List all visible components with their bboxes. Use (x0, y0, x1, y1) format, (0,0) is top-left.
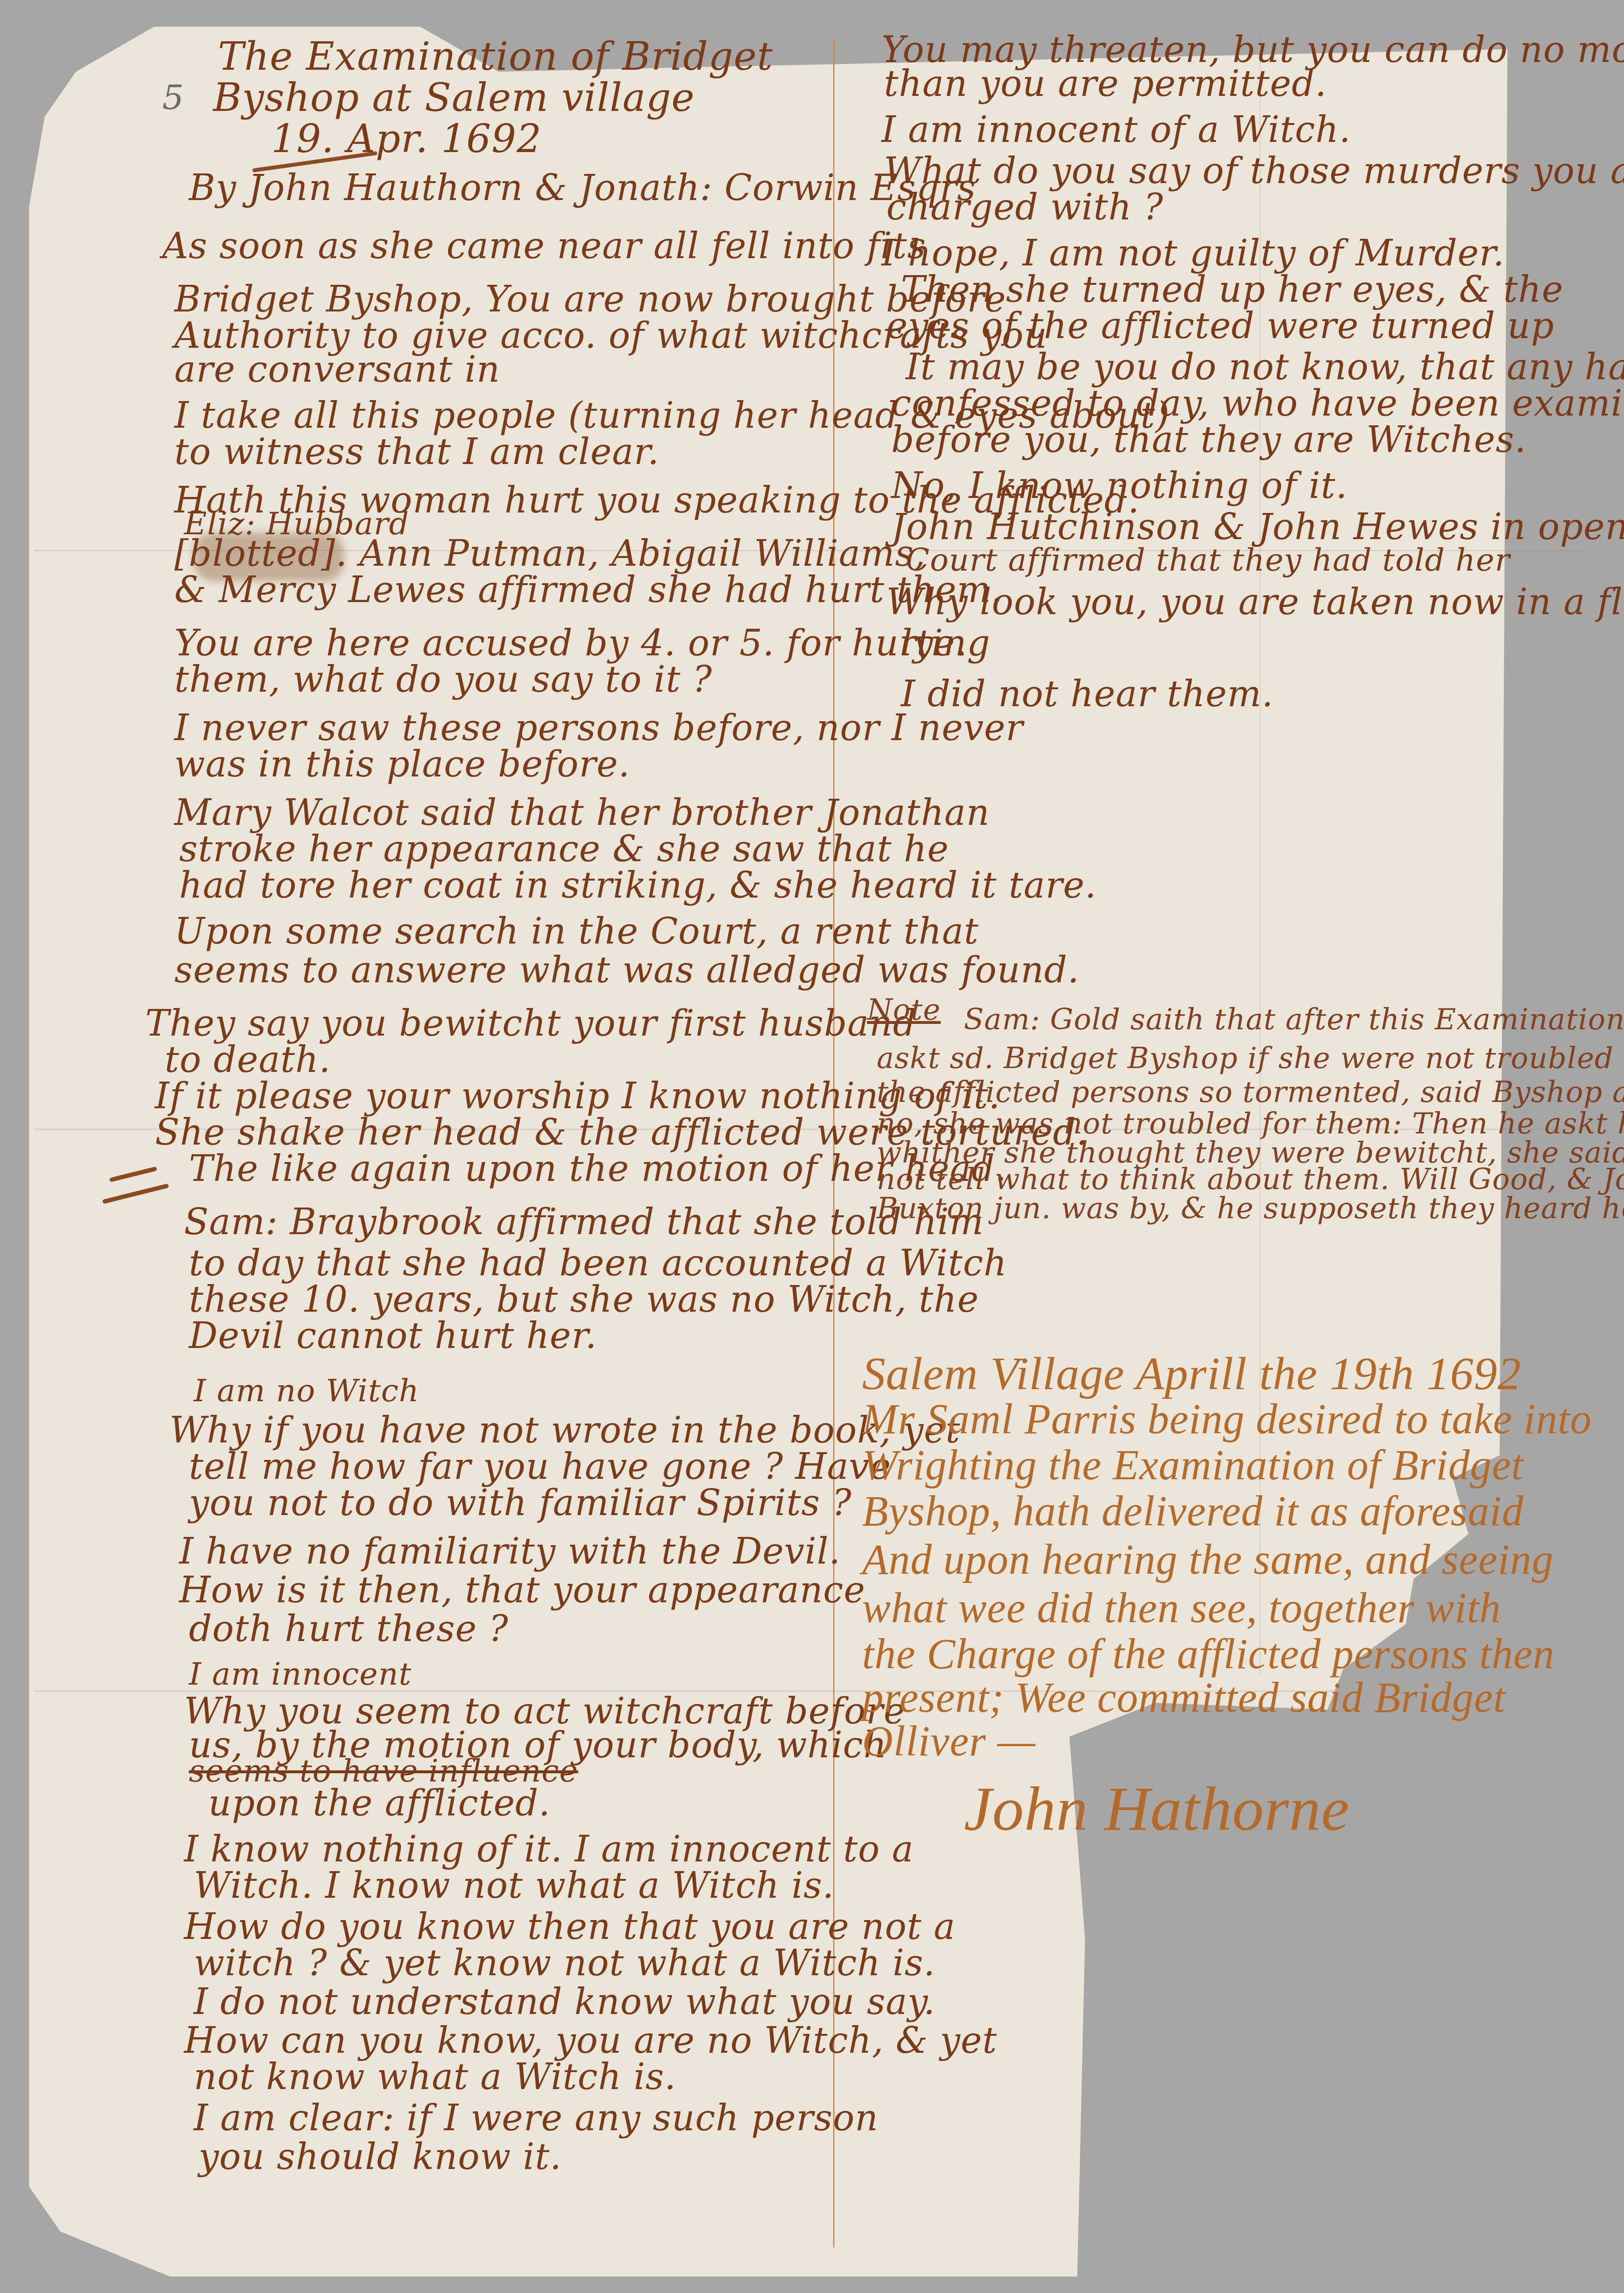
text-line: How is it then, that your appearance (179, 1569, 866, 1611)
text-line: Devil cannot hurt her. (189, 1315, 597, 1357)
note-line: Buxton jun. was by, & he supposeth they … (877, 1192, 1624, 1225)
text-line: you not to do with familiar Spirits ? (189, 1482, 852, 1524)
text-line: doth hurt these ? (189, 1608, 509, 1650)
text-line: to day that she had been accounted a Wit… (189, 1242, 1007, 1284)
page-number: 5 (162, 77, 184, 117)
text-line: seems to answere what was alledged was f… (174, 949, 1080, 991)
attestation-line: the Charge of the afflicted persons then (862, 1630, 1555, 1679)
attestation-line: Olliver — (862, 1717, 1036, 1766)
text-line: I hope, I am not guilty of Murder. (882, 232, 1505, 274)
text-line: How do you know then that you are not a (184, 1906, 956, 1948)
text-line: What do you say of those murders you are (884, 150, 1624, 192)
text-line: I do not understand know what you say. (194, 1981, 935, 2023)
attestation-line: present; Wee committed said Bridget (862, 1673, 1506, 1722)
text-line: was in this place before. (174, 744, 630, 785)
note-line: askt sd. Bridget Byshop if she were not … (877, 1041, 1624, 1075)
text-line: Mary Walcot said that her brother Jonath… (174, 792, 990, 834)
text-line: before you, that they are Witches. (891, 419, 1527, 461)
text-line: I did not hear them. (901, 673, 1274, 715)
text-line: How can you know, you are no Witch, & ye… (184, 2020, 997, 2061)
text-line: Why if you have not wrote in the book, y… (170, 1410, 960, 1451)
text-line: I am innocent (189, 1657, 412, 1692)
text-line: Court affirmed that they had told her (906, 542, 1510, 578)
text-line: You are here accused by 4. or 5. for hur… (174, 622, 990, 664)
text-line: you should know it. (199, 2136, 562, 2178)
text-line: Bridget Byshop, You are now brought befo… (174, 279, 1006, 320)
attestation-line: Salem Village Aprill the 19th 1692 (862, 1347, 1521, 1400)
text-line: charged with ? (886, 186, 1163, 228)
text-line: to death. (165, 1039, 331, 1081)
text-line: Why look you, you are taken now in a fla… (886, 581, 1624, 623)
attestation-line: what wee did then see, together with (862, 1584, 1501, 1633)
text-line: Upon some search in the Court, a rent th… (174, 911, 979, 952)
text-line: had tore her coat in striking, & she hea… (179, 865, 1097, 906)
note-line: Sam: Gold saith that after this Examinat… (964, 1003, 1624, 1037)
text-line: not know what a Witch is. (194, 2056, 676, 2098)
text-line: confessed to day, who have been examined (891, 383, 1624, 424)
text-line: lye. (901, 622, 967, 664)
note-line: the afflicted persons so tormented, said… (877, 1075, 1624, 1109)
attestation-line: Wrighting the Examination of Bridget (862, 1441, 1524, 1490)
attestation-line: And upon hearing the same, and seeing (862, 1535, 1554, 1584)
text-line: Sam: Braybrook affirmed that she told hi… (184, 1201, 984, 1243)
attestation-line: Byshop, hath delivered it as aforesaid (862, 1487, 1524, 1536)
text-line: If it please your worship I know nothing… (155, 1075, 1001, 1117)
text-line: As soon as she came near all fell into f… (162, 225, 926, 267)
text-line: I am no Witch (194, 1373, 419, 1409)
text-line: I am innocent of a Witch. (882, 109, 1351, 151)
heading-line: The Examination of Bridget (218, 34, 773, 79)
text-line: & Mercy Lewes affirmed she had hurt them… (174, 569, 1003, 611)
text-line: tell me how far you have gone ? Have (189, 1446, 891, 1487)
text-line: I have no familiarity with the Devil. (179, 1531, 841, 1572)
text-line: They say you bewitcht your first husband (145, 1003, 916, 1044)
text-line: It may be you do not know, that any have (906, 346, 1624, 388)
attestation-line: Mr Saml Parris being desired to take int… (862, 1395, 1592, 1444)
text-line: [blotted]. Ann Putman, Abigail Williams, (174, 533, 926, 574)
text-line: No, I know nothing of it. (891, 465, 1347, 507)
text-line: them, what do you say to it ? (174, 659, 712, 700)
text-line: Witch. I know not what a Witch is. (194, 1865, 834, 1906)
heading-line: Byshop at Salem village (213, 75, 695, 120)
text-line: are conversant in (174, 349, 500, 390)
text-line: witch ? & yet know not what a Witch is. (194, 1942, 935, 1984)
text-line: to witness that I am clear. (174, 431, 660, 473)
text-line: these 10. years, but she was no Witch, t… (189, 1279, 979, 1320)
heading-line: 19. Apr. 1692 (271, 116, 542, 161)
byline: By John Hauthorn & Jonath: Corwin Esqrs (189, 167, 976, 209)
text-line: Then she turned up her eyes, & the (901, 269, 1563, 310)
note-label: Note (867, 993, 941, 1027)
text-line: I never saw these persons before, nor I … (174, 707, 1023, 749)
text-line: than you are permitted. (884, 63, 1327, 105)
text-line: eyes of the afflicted were turned up (886, 305, 1554, 347)
text-line: I am clear: if I were any such person (194, 2097, 879, 2139)
text-line: I know nothing of it. I am innocent to a (184, 1828, 914, 1870)
signature: John Hathorne (964, 1773, 1350, 1845)
text-line: John Hutchinson & John Hewes in open (891, 506, 1624, 548)
text-line: stroke her appearance & she saw that he (179, 828, 949, 870)
text-line: upon the afflicted. (208, 1782, 551, 1824)
